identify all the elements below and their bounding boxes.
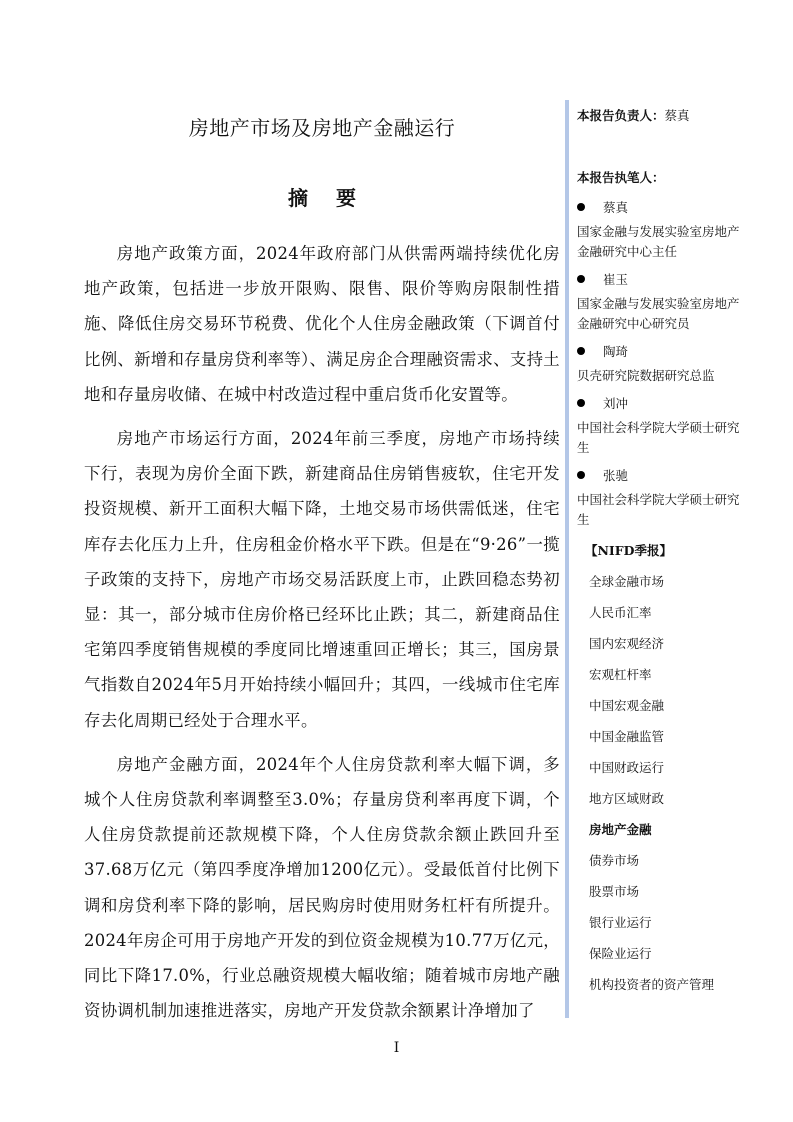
- writer-name: 蔡真: [603, 198, 628, 216]
- writer-entry: 张驰 中国社会科学院大学硕士研究生: [577, 462, 747, 530]
- abstract-heading-char-1: 摘: [288, 186, 308, 210]
- writer-affiliation: 中国社会科学院大学硕士研究生: [577, 418, 747, 458]
- nifd-item-insurance: 保险业运行: [589, 938, 747, 969]
- document-title: 房地产市场及房地产金融运行: [84, 108, 560, 148]
- page-number: I: [0, 1040, 793, 1056]
- writer-name: 张驰: [603, 466, 628, 484]
- paragraph-policy: 房地产政策方面，2024年政府部门从供需两端持续优化房地产政策，包括进一步放开限…: [84, 236, 560, 412]
- writer-name: 刘冲: [603, 394, 628, 412]
- writer-affiliation: 国家金融与发展实验室房地产金融研究中心主任: [577, 222, 747, 262]
- bullet-icon: [577, 347, 585, 355]
- nifd-item-stock-market: 股票市场: [589, 876, 747, 907]
- nifd-item-real-estate-finance: 房地产金融: [589, 814, 747, 845]
- nifd-item-global-financial-markets: 全球金融市场: [589, 566, 747, 597]
- paragraph-finance: 房地产金融方面，2024年个人住房贷款利率大幅下调，多城个人住房贷款利率调整至3…: [84, 747, 560, 1029]
- writer-entry: 蔡真 国家金融与发展实验室房地产金融研究中心主任: [577, 194, 747, 262]
- writer-entry: 陶琦 贝壳研究院数据研究总监: [577, 338, 747, 386]
- writer-entry: 刘冲 中国社会科学院大学硕士研究生: [577, 390, 747, 458]
- nifd-item-domestic-macro: 国内宏观经济: [589, 628, 747, 659]
- writers-heading: 本报告执笔人：: [577, 166, 747, 190]
- writer-affiliation: 中国社会科学院大学硕士研究生: [577, 490, 747, 530]
- bullet-icon: [577, 203, 585, 211]
- nifd-item-local-fiscal: 地方区域财政: [589, 783, 747, 814]
- responsible-label: 本报告负责人：: [577, 108, 665, 123]
- abstract-heading-char-2: 要: [336, 186, 356, 210]
- nifd-item-china-macro-finance: 中国宏观金融: [589, 690, 747, 721]
- responsible-name: 蔡真: [665, 108, 690, 123]
- nifd-item-bond-market: 债券市场: [589, 845, 747, 876]
- bullet-icon: [577, 275, 585, 283]
- nifd-item-financial-regulation: 中国金融监管: [589, 721, 747, 752]
- nifd-item-rmb-exchange-rate: 人民币汇率: [589, 597, 747, 628]
- sidebar: 本报告负责人：蔡真 本报告执笔人： 蔡真 国家金融与发展实验室房地产金融研究中心…: [577, 104, 747, 1000]
- writer-name: 陶琦: [603, 342, 628, 360]
- writer-affiliation: 贝壳研究院数据研究总监: [577, 366, 747, 386]
- bullet-icon: [577, 471, 585, 479]
- main-content: 房地产市场及房地产金融运行 摘要 房地产政策方面，2024年政府部门从供需两端持…: [84, 108, 560, 1037]
- abstract-heading: 摘要: [84, 178, 560, 218]
- bullet-icon: [577, 399, 585, 407]
- abstract-body: 房地产政策方面，2024年政府部门从供需两端持续优化房地产政策，包括进一步放开限…: [84, 236, 560, 1028]
- sidebar-divider: [565, 100, 569, 1018]
- nifd-quarterly-list: 【NIFD季报】 全球金融市场 人民币汇率 国内宏观经济 宏观杠杆率 中国宏观金…: [577, 536, 747, 1000]
- nifd-item-fiscal-operation: 中国财政运行: [589, 752, 747, 783]
- nifd-heading: 【NIFD季报】: [585, 536, 747, 566]
- nifd-item-banking: 银行业运行: [589, 907, 747, 938]
- writer-entry: 崔玉 国家金融与发展实验室房地产金融研究中心研究员: [577, 266, 747, 334]
- nifd-item-asset-management: 机构投资者的资产管理: [589, 969, 747, 1000]
- writer-name: 崔玉: [603, 270, 628, 288]
- responsible-person: 本报告负责人：蔡真: [577, 104, 747, 128]
- paragraph-market: 房地产市场运行方面，2024年前三季度，房地产市场持续下行，表现为房价全面下跌，…: [84, 421, 560, 738]
- writer-affiliation: 国家金融与发展实验室房地产金融研究中心研究员: [577, 294, 747, 334]
- nifd-item-macro-leverage: 宏观杠杆率: [589, 659, 747, 690]
